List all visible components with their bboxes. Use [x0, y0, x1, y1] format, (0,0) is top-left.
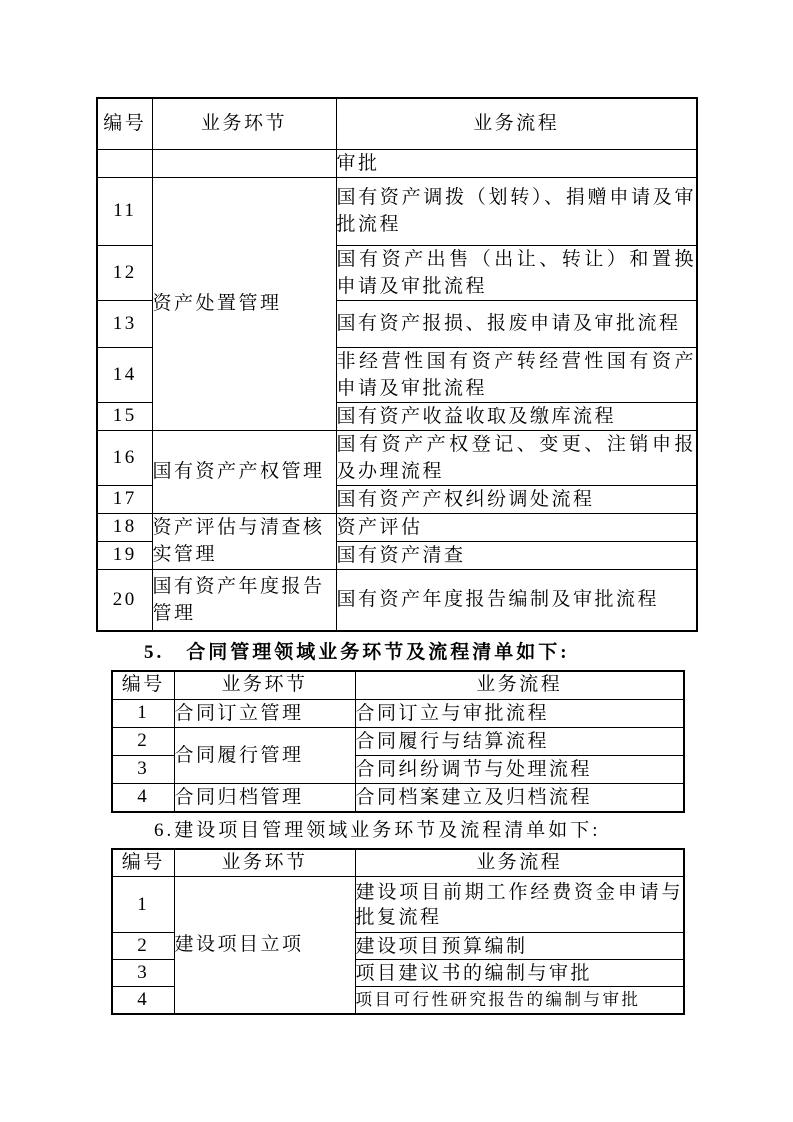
assets-process-table: 编号 业务环节 业务流程 审批 11 资产处置管理 国有资产调拨（划转）、捐赠申…	[96, 97, 698, 632]
cell-process: 建设项目预算编制	[355, 933, 684, 960]
cell-number: 19	[97, 541, 152, 569]
cell-process: 非经营性国有资产转经营性国有资产申请及审批流程	[336, 347, 697, 402]
table-header-row: 编号 业务环节 业务流程	[112, 671, 684, 699]
document-page: 编号 业务环节 业务流程 审批 11 资产处置管理 国有资产调拨（划转）、捐赠申…	[0, 0, 793, 1122]
cell-stage: 国有资产年度报告管理	[152, 569, 336, 631]
column-header-process: 业务流程	[355, 671, 684, 699]
table-row: 16 国有资产产权管理 国有资产产权登记、变更、注销申报及办理流程	[97, 430, 697, 485]
cell-stage-merged: 资产处置管理	[152, 177, 336, 430]
cell-number: 3	[112, 755, 174, 783]
table-row: 1 合同订立管理 合同订立与审批流程	[112, 699, 684, 727]
cell-process: 国有资产产权纠纷调处流程	[336, 485, 697, 513]
table-header-row: 编号 业务环节 业务流程	[97, 98, 697, 149]
column-header-stage: 业务环节	[174, 849, 355, 877]
contract-process-table: 编号 业务环节 业务流程 1 合同订立管理 合同订立与审批流程 2 合同履行管理…	[111, 670, 685, 813]
cell-process: 国有资产报损、报废申请及审批流程	[336, 300, 697, 347]
cell-stage-merged: 合同履行管理	[174, 727, 355, 783]
cell-number: 14	[97, 347, 152, 402]
column-header-process: 业务流程	[355, 849, 684, 877]
column-header-stage: 业务环节	[152, 98, 336, 149]
cell-process: 审批	[336, 149, 697, 177]
cell-process: 合同档案建立及归档流程	[355, 783, 684, 812]
cell-process: 合同订立与审批流程	[355, 699, 684, 727]
section-6-heading: 6.建设项目管理领域业务环节及流程清单如下:	[154, 817, 793, 845]
section-5-heading: 5. 合同管理领域业务环节及流程清单如下:	[144, 639, 793, 667]
cell-process: 合同履行与结算流程	[355, 727, 684, 755]
cell-stage	[152, 149, 336, 177]
cell-number: 2	[112, 727, 174, 755]
cell-stage: 合同归档管理	[174, 783, 355, 812]
cell-stage-merged: 国有资产产权管理	[152, 430, 336, 513]
cell-number: 1	[112, 877, 174, 933]
column-header-process: 业务流程	[336, 98, 697, 149]
cell-number	[97, 149, 152, 177]
cell-number: 18	[97, 513, 152, 541]
cell-number: 16	[97, 430, 152, 485]
cell-process: 国有资产调拨（划转）、捐赠申请及审批流程	[336, 177, 697, 245]
column-header-number: 编号	[112, 671, 174, 699]
cell-process: 国有资产年度报告编制及审批流程	[336, 569, 697, 631]
cell-stage-merged: 资产评估与清查核实管理	[152, 513, 336, 569]
cell-number: 4	[112, 783, 174, 812]
cell-number: 13	[97, 300, 152, 347]
cell-number: 4	[112, 987, 174, 1014]
table-row: 11 资产处置管理 国有资产调拨（划转）、捐赠申请及审批流程	[97, 177, 697, 245]
cell-process: 项目建议书的编制与审批	[355, 960, 684, 987]
cell-process: 国有资产清查	[336, 541, 697, 569]
construction-process-table: 编号 业务环节 业务流程 1 建设项目立项 建设项目前期工作经费资金申请与批复流…	[111, 848, 685, 1015]
cell-number: 17	[97, 485, 152, 513]
cell-process: 资产评估	[336, 513, 697, 541]
table-header-row: 编号 业务环节 业务流程	[112, 849, 684, 877]
cell-process: 国有资产出售（出让、转让）和置换申请及审批流程	[336, 245, 697, 300]
cell-number: 2	[112, 933, 174, 960]
table-row: 20 国有资产年度报告管理 国有资产年度报告编制及审批流程	[97, 569, 697, 631]
cell-process: 合同纠纷调节与处理流程	[355, 755, 684, 783]
cell-process: 建设项目前期工作经费资金申请与批复流程	[355, 877, 684, 933]
table-row: 1 建设项目立项 建设项目前期工作经费资金申请与批复流程	[112, 877, 684, 933]
cell-number: 1	[112, 699, 174, 727]
table-row-continuation: 审批	[97, 149, 697, 177]
cell-number: 11	[97, 177, 152, 245]
cell-process: 国有资产收益收取及缴库流程	[336, 402, 697, 430]
cell-stage-merged: 建设项目立项	[174, 877, 355, 1014]
table-row: 2 合同履行管理 合同履行与结算流程	[112, 727, 684, 755]
cell-process: 国有资产产权登记、变更、注销申报及办理流程	[336, 430, 697, 485]
column-header-number: 编号	[97, 98, 152, 149]
column-header-number: 编号	[112, 849, 174, 877]
table-row: 4 合同归档管理 合同档案建立及归档流程	[112, 783, 684, 812]
column-header-stage: 业务环节	[174, 671, 355, 699]
cell-stage: 合同订立管理	[174, 699, 355, 727]
cell-number: 15	[97, 402, 152, 430]
table-row: 18 资产评估与清查核实管理 资产评估	[97, 513, 697, 541]
cell-number: 12	[97, 245, 152, 300]
cell-number: 3	[112, 960, 174, 987]
cell-process: 项目可行性研究报告的编制与审批	[355, 987, 684, 1014]
cell-number: 20	[97, 569, 152, 631]
